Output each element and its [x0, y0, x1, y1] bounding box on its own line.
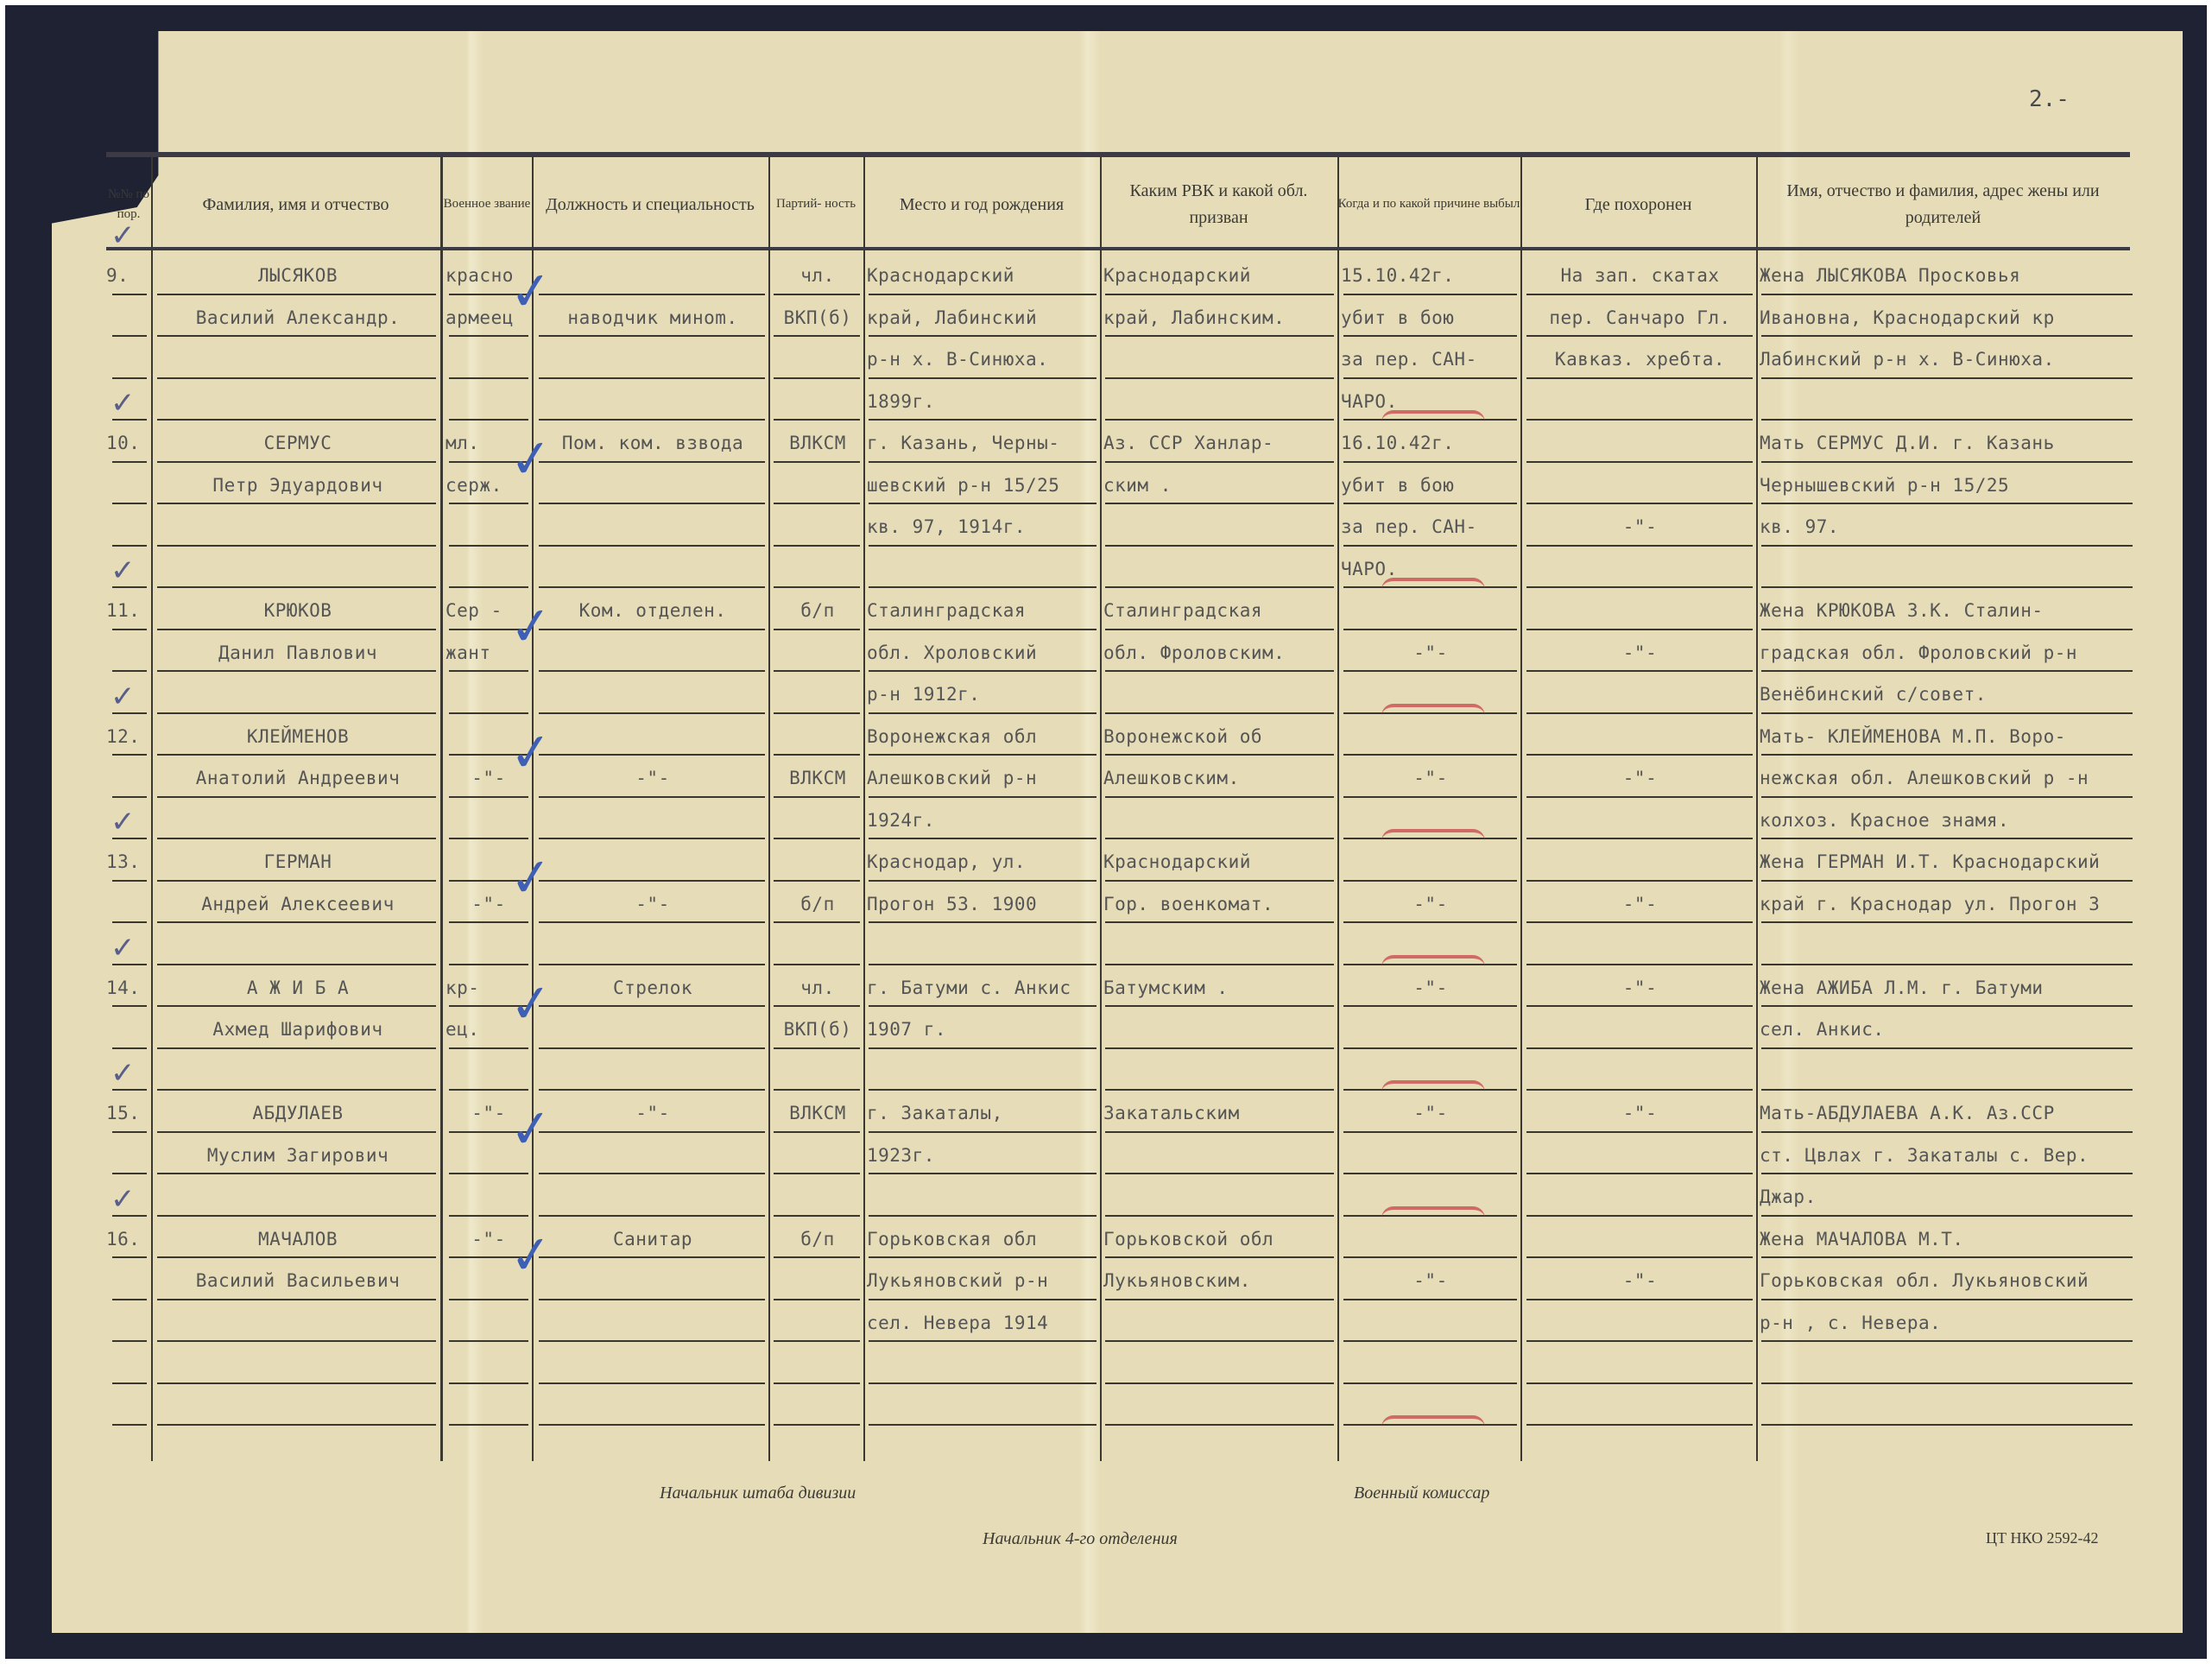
ruled-line	[539, 1299, 765, 1300]
entry-num-cell: 12.	[106, 719, 151, 754]
ruled-line	[449, 796, 528, 798]
ruled-line	[869, 1424, 1097, 1426]
ruled-line	[1105, 921, 1334, 923]
ruled-line	[1343, 754, 1517, 756]
ruled-line	[774, 1299, 860, 1300]
entry-position-cell: Ком. отделен.	[537, 593, 768, 628]
ruled-line	[1526, 754, 1753, 756]
header-relatives: Имя, отчество и фамилия, адрес жены или …	[1756, 164, 2130, 245]
red-pencil-mark	[1381, 704, 1485, 716]
entry-draft-cell: Краснодарский	[1103, 845, 1337, 879]
entry-relatives-cell: Мать- КЛЕЙМЕНОВА М.П. Воро-	[1760, 719, 2130, 754]
entry-draft-cell: Краснодарский	[1103, 258, 1337, 293]
ruled-line	[157, 335, 436, 337]
ruled-line	[539, 1382, 765, 1384]
verification-check-icon: ✓	[506, 1098, 555, 1162]
entry-name-cell: СЕРМУС	[155, 426, 440, 460]
ruled-line	[1105, 754, 1334, 756]
ruled-line	[157, 1424, 436, 1426]
entry-birth-cell: г. Батуми с. Анкис	[867, 971, 1100, 1005]
ruled-line	[449, 670, 528, 672]
ruled-line	[1526, 838, 1753, 839]
ruled-line	[774, 294, 860, 295]
ruled-line	[869, 670, 1097, 672]
ruled-line	[1343, 1256, 1517, 1258]
entry-birth-cell: Краснодарский	[867, 258, 1100, 293]
ruled-line	[1526, 1215, 1753, 1217]
ruled-line	[539, 1005, 765, 1007]
entry-position-cell: -"-	[537, 887, 768, 921]
ruled-line	[1761, 1424, 2133, 1426]
ruled-line	[539, 1256, 765, 1258]
entry-position-cell: Санитар	[537, 1222, 768, 1256]
ruled-line	[1343, 921, 1517, 923]
ruled-line	[449, 1047, 528, 1049]
ruled-line	[157, 503, 436, 504]
entry-buried-cell: Кавказ. хребта.	[1524, 342, 1756, 376]
ruled-line	[869, 964, 1097, 965]
ruled-line	[869, 1299, 1097, 1300]
ruled-line	[1105, 880, 1334, 882]
entry-birth-cell: 1924г.	[867, 803, 1100, 838]
entry-party-cell: б/п	[772, 887, 863, 921]
ruled-line	[112, 335, 147, 337]
table-top-border	[106, 152, 2130, 157]
ruled-line	[869, 419, 1097, 421]
ruled-line	[539, 921, 765, 923]
ruled-line	[1761, 1005, 2133, 1007]
ruled-line	[774, 545, 860, 547]
verification-check-icon: ✓	[506, 720, 555, 785]
col-divider	[1756, 157, 1758, 1461]
ruled-line	[1526, 1089, 1753, 1091]
entry-birth-cell: 1899г.	[867, 384, 1100, 419]
chief-of-staff-signature-label: Начальник штаба дивизии	[660, 1484, 856, 1503]
ruled-line	[869, 1215, 1097, 1217]
col-divider	[863, 157, 865, 1461]
ruled-line	[1526, 670, 1753, 672]
entry-reason-cell: за пер. САН-	[1341, 342, 1520, 376]
ruled-line	[869, 335, 1097, 337]
col-divider	[768, 157, 770, 1461]
entry-buried-cell	[1524, 1222, 1756, 1256]
ruled-line	[1761, 880, 2133, 882]
header-rank: Военное звание	[442, 164, 532, 245]
ruled-line	[449, 545, 528, 547]
ruled-line	[1526, 1382, 1753, 1384]
ruled-line	[112, 921, 147, 923]
entry-birth-cell: р-н х. В-Синюха.	[867, 342, 1100, 376]
ruled-line	[1526, 1173, 1753, 1174]
entry-relatives-cell: Венёбинский с/совет.	[1760, 677, 2130, 712]
entry-draft-cell: Горьковской обл	[1103, 1222, 1337, 1256]
ruled-line	[774, 1256, 860, 1258]
entry-birth-cell: Прогон 53. 1900	[867, 887, 1100, 921]
ruled-line	[1105, 964, 1334, 965]
ruled-line	[869, 294, 1097, 295]
entry-reason-cell	[1341, 719, 1520, 754]
ruled-line	[157, 1131, 436, 1133]
entry-reason-cell: убит в бою	[1341, 468, 1520, 503]
entry-reason-cell: -"-	[1341, 636, 1520, 670]
ruled-line	[112, 1424, 147, 1426]
entry-relatives-cell: нежская обл. Алешковский р -н	[1760, 761, 2130, 795]
header-position: Должность и специальность	[532, 164, 768, 245]
entry-num-cell: 14.	[106, 971, 151, 1005]
entry-party-cell: ВКП(б)	[772, 1012, 863, 1047]
verification-check-icon: ✓	[506, 846, 555, 911]
ruled-line	[1343, 1173, 1517, 1174]
ruled-line	[869, 545, 1097, 547]
entry-position-cell: -"-	[537, 1096, 768, 1130]
margin-check-icon: ✓	[111, 386, 136, 421]
entry-reason-cell: 16.10.42г.	[1341, 426, 1520, 460]
ruled-line	[1761, 419, 2133, 421]
ruled-line	[1343, 1299, 1517, 1300]
entry-relatives-cell: Жена ЛЫСЯКОВА Просковья	[1760, 258, 2130, 293]
ruled-line	[112, 503, 147, 504]
ruled-line	[1526, 419, 1753, 421]
entry-name-cell: КЛЕЙМЕНОВ	[155, 719, 440, 754]
ruled-line	[157, 1215, 436, 1217]
ruled-line	[1526, 1424, 1753, 1426]
verification-check-icon: ✓	[506, 1223, 555, 1288]
entry-buried-cell: -"-	[1524, 971, 1756, 1005]
entry-name-cell: А Ж И Б А	[155, 971, 440, 1005]
ruled-line	[112, 754, 147, 756]
entry-reason-cell: убит в бою	[1341, 301, 1520, 335]
ruled-line	[1761, 629, 2133, 630]
ruled-line	[1761, 754, 2133, 756]
ruled-line	[449, 1382, 528, 1384]
entry-name-cell: Андрей Алексеевич	[155, 887, 440, 921]
entry-birth-cell: обл. Хроловский	[867, 636, 1100, 670]
entry-name-cell: Василий Александр.	[155, 301, 440, 335]
ruled-line	[539, 1089, 765, 1091]
entry-name-cell: ГЕРМАН	[155, 845, 440, 879]
ruled-line	[774, 629, 860, 630]
ruled-line	[112, 1131, 147, 1133]
ruled-line	[112, 1299, 147, 1300]
entry-relatives-cell: кв. 97.	[1760, 509, 2130, 544]
ruled-line	[1526, 796, 1753, 798]
entry-relatives-cell: сел. Анкис.	[1760, 1012, 2130, 1047]
ruled-line	[869, 754, 1097, 756]
ruled-line	[157, 294, 436, 295]
ruled-line	[157, 461, 436, 463]
ruled-line	[157, 712, 436, 714]
ruled-line	[869, 1173, 1097, 1174]
ruled-line	[112, 1173, 147, 1174]
ruled-line	[1761, 1131, 2133, 1133]
ruled-line	[449, 838, 528, 839]
ruled-line	[449, 377, 528, 379]
ruled-line	[1761, 1173, 2133, 1174]
ruled-line	[157, 1173, 436, 1174]
ruled-line	[157, 1299, 436, 1300]
ruled-line	[1343, 1005, 1517, 1007]
ruled-line	[869, 586, 1097, 588]
ruled-line	[1526, 545, 1753, 547]
header-name: Фамилия, имя и отчество	[151, 164, 440, 245]
entry-birth-cell: 1923г.	[867, 1138, 1100, 1173]
ruled-line	[869, 712, 1097, 714]
entry-party-cell: чл.	[772, 258, 863, 293]
entry-reason-cell: -"-	[1341, 887, 1520, 921]
entry-num-cell: 11.	[106, 593, 151, 628]
ruled-line	[1343, 335, 1517, 337]
ruled-line	[1526, 586, 1753, 588]
red-pencil-mark	[1381, 578, 1485, 590]
entry-buried-cell	[1524, 593, 1756, 628]
commissar-signature-label: Военный комиссар	[1354, 1484, 1489, 1503]
entry-party-cell: б/п	[772, 1222, 863, 1256]
ruled-line	[1761, 545, 2133, 547]
entry-buried-cell: -"-	[1524, 887, 1756, 921]
ruled-line	[1526, 1005, 1753, 1007]
entry-relatives-cell: ст. Цвлах г. Закаталы с. Вер.	[1760, 1138, 2130, 1173]
red-pencil-mark	[1381, 1080, 1485, 1092]
entry-position-cell: Стрелок	[537, 971, 768, 1005]
ruled-line	[539, 461, 765, 463]
ruled-line	[774, 461, 860, 463]
entry-position-cell: наводчик миноm.	[537, 301, 768, 335]
entry-birth-cell: сел. Невера 1914	[867, 1306, 1100, 1340]
red-pencil-mark	[1381, 1415, 1485, 1427]
ruled-line	[157, 880, 436, 882]
ruled-line	[1105, 1424, 1334, 1426]
col-divider	[440, 157, 443, 1461]
ruled-line	[1761, 503, 2133, 504]
margin-check-icon: ✓	[111, 218, 136, 253]
entry-draft-cell: Воронежской об	[1103, 719, 1337, 754]
entry-relatives-cell: Джар.	[1760, 1180, 2130, 1214]
ruled-line	[539, 796, 765, 798]
entry-reason-cell: -"-	[1341, 1263, 1520, 1298]
entry-position-cell: -"-	[537, 761, 768, 795]
ruled-line	[774, 670, 860, 672]
ruled-line	[157, 419, 436, 421]
entry-draft-cell: Гор. военкомат.	[1103, 887, 1337, 921]
entry-party-cell: ВКП(б)	[772, 301, 863, 335]
ruled-line	[1526, 921, 1753, 923]
ruled-line	[1105, 1215, 1334, 1217]
ruled-line	[1526, 335, 1753, 337]
ruled-line	[1105, 1173, 1334, 1174]
ruled-line	[774, 377, 860, 379]
entry-num-cell: 15.	[106, 1096, 151, 1130]
margin-check-icon: ✓	[111, 805, 136, 839]
ruled-line	[449, 1089, 528, 1091]
col-divider	[1337, 157, 1339, 1461]
ruled-line	[1526, 964, 1753, 965]
ruled-line	[157, 1089, 436, 1091]
ruled-line	[539, 1173, 765, 1174]
ruled-line	[1761, 1340, 2133, 1342]
ruled-line	[1526, 1047, 1753, 1049]
entry-buried-cell	[1524, 468, 1756, 503]
ruled-line	[774, 1215, 860, 1217]
ruled-line	[1343, 670, 1517, 672]
ruled-line	[869, 880, 1097, 882]
ruled-line	[449, 964, 528, 965]
ruled-line	[1105, 1131, 1334, 1133]
red-pencil-mark	[1381, 829, 1485, 841]
ruled-line	[774, 503, 860, 504]
verification-check-icon: ✓	[506, 260, 555, 325]
entry-name-cell: ЛЫСЯКОВ	[155, 258, 440, 293]
ruled-line	[539, 1340, 765, 1342]
entry-draft-cell: Аз. ССР Ханлар-	[1103, 426, 1337, 460]
entry-party-cell: ВЛКСМ	[772, 761, 863, 795]
ruled-line	[1105, 1382, 1334, 1384]
ruled-line	[1526, 712, 1753, 714]
entry-birth-cell: шевский р-н 15/25	[867, 468, 1100, 503]
ruled-line	[1761, 1382, 2133, 1384]
ruled-line	[1105, 545, 1334, 547]
ruled-line	[1105, 838, 1334, 839]
entry-name-cell: МАЧАЛОВ	[155, 1222, 440, 1256]
entry-birth-cell: Краснодар, ул.	[867, 845, 1100, 879]
entry-position-cell	[537, 845, 768, 879]
header-party: Партий- ность	[768, 164, 863, 245]
entry-reason-cell	[1341, 593, 1520, 628]
entry-name-cell: Муслим Загирович	[155, 1138, 440, 1173]
ruled-line	[1526, 880, 1753, 882]
ruled-line	[157, 1340, 436, 1342]
entry-relatives-cell: Горьковская обл. Лукьяновский	[1760, 1263, 2130, 1298]
ruled-line	[1761, 377, 2133, 379]
ruled-line	[157, 1005, 436, 1007]
ruled-line	[1761, 712, 2133, 714]
ruled-line	[157, 838, 436, 839]
entry-reason-cell: 15.10.42г.	[1341, 258, 1520, 293]
header-draft: Каким РВК и какой обл. призван	[1100, 164, 1337, 245]
ruled-line	[1343, 880, 1517, 882]
ruled-line	[774, 335, 860, 337]
entry-birth-cell: р-н 1912г.	[867, 677, 1100, 712]
ruled-line	[539, 629, 765, 630]
ruled-line	[869, 503, 1097, 504]
header-buried: Где похоронен	[1520, 164, 1756, 245]
entry-birth-cell: край, Лабинский	[867, 301, 1100, 335]
ruled-line	[1761, 1089, 2133, 1091]
ruled-line	[112, 880, 147, 882]
ruled-line	[539, 419, 765, 421]
ruled-line	[157, 629, 436, 630]
ruled-line	[1526, 377, 1753, 379]
ruled-line	[1343, 796, 1517, 798]
col-divider	[1100, 157, 1102, 1461]
ruled-line	[1105, 1047, 1334, 1049]
ruled-line	[869, 377, 1097, 379]
ruled-line	[1343, 461, 1517, 463]
ruled-line	[1105, 335, 1334, 337]
table-header-bottom-border	[106, 247, 2130, 250]
entry-name-cell: КРЮКОВ	[155, 593, 440, 628]
ruled-line	[1526, 294, 1753, 295]
ruled-line	[539, 838, 765, 839]
ruled-line	[1105, 670, 1334, 672]
entry-buried-cell: -"-	[1524, 509, 1756, 544]
entry-num-cell: 13.	[106, 845, 151, 879]
entry-relatives-cell: край г. Краснодар ул. Прогон 3	[1760, 887, 2130, 921]
margin-check-icon: ✓	[111, 1182, 136, 1217]
ruled-line	[774, 921, 860, 923]
entry-name-cell: Данил Павлович	[155, 636, 440, 670]
entry-draft-cell: обл. Фроловским.	[1103, 636, 1337, 670]
ruled-line	[774, 1382, 860, 1384]
entry-birth-cell: 1907 г.	[867, 1012, 1100, 1047]
ruled-line	[869, 461, 1097, 463]
ruled-line	[1105, 1005, 1334, 1007]
header-reason: Когда и по какой причине выбыл	[1337, 164, 1520, 245]
ruled-line	[1105, 1299, 1334, 1300]
entry-draft-cell: ским .	[1103, 468, 1337, 503]
entry-relatives-cell: колхоз. Красное знамя.	[1760, 803, 2130, 838]
ruled-line	[112, 377, 147, 379]
entry-relatives-cell: градская обл. Фроловский р-н	[1760, 636, 2130, 670]
entry-birth-cell: кв. 97, 1914г.	[867, 509, 1100, 544]
entry-draft-cell: Сталинградская	[1103, 593, 1337, 628]
ruled-line	[1105, 461, 1334, 463]
ruled-line	[449, 1340, 528, 1342]
entry-draft-cell: край, Лабинским.	[1103, 301, 1337, 335]
entry-reason-cell	[1341, 1222, 1520, 1256]
ruled-line	[539, 754, 765, 756]
ruled-line	[449, 1299, 528, 1300]
ruled-line	[449, 503, 528, 504]
entry-relatives-cell: Мать-АБДУЛАЕВА А.К. Аз.ССР	[1760, 1096, 2130, 1130]
entry-position-cell: Пом. ком. взвода	[537, 426, 768, 460]
entry-relatives-cell: Чернышевский р-н 15/25	[1760, 468, 2130, 503]
ruled-line	[112, 461, 147, 463]
entry-birth-cell: Лукьяновский р-н	[867, 1263, 1100, 1298]
entry-buried-cell	[1524, 719, 1756, 754]
ruled-line	[539, 1047, 765, 1049]
entry-name-cell: Василий Васильевич	[155, 1263, 440, 1298]
ruled-line	[869, 838, 1097, 839]
ruled-line	[1761, 796, 2133, 798]
entry-reason-cell	[1341, 845, 1520, 879]
ruled-line	[1105, 377, 1334, 379]
ruled-line	[112, 294, 147, 295]
entry-position-cell	[537, 258, 768, 293]
ruled-line	[774, 1131, 860, 1133]
ruled-line	[1761, 335, 2133, 337]
ruled-line	[157, 964, 436, 965]
ruled-line	[774, 1047, 860, 1049]
entry-reason-cell: -"-	[1341, 1096, 1520, 1130]
ruled-line	[1761, 964, 2133, 965]
entry-num-cell: 16.	[106, 1222, 151, 1256]
ruled-line	[157, 921, 436, 923]
entry-party-cell: ВЛКСМ	[772, 1096, 863, 1130]
ruled-line	[869, 1340, 1097, 1342]
ruled-line	[157, 796, 436, 798]
ruled-line	[112, 1340, 147, 1342]
entry-buried-cell: -"-	[1524, 1263, 1756, 1298]
entry-relatives-cell: Жена МАЧАЛОВА М.Т.	[1760, 1222, 2130, 1256]
entry-birth-cell: г. Казань, Черны-	[867, 426, 1100, 460]
ruled-line	[1343, 629, 1517, 630]
ruled-line	[1343, 545, 1517, 547]
entry-buried-cell: -"-	[1524, 636, 1756, 670]
ruled-line	[539, 503, 765, 504]
ruled-line	[1343, 294, 1517, 295]
ruled-line	[1526, 1131, 1753, 1133]
ruled-line	[774, 1089, 860, 1091]
